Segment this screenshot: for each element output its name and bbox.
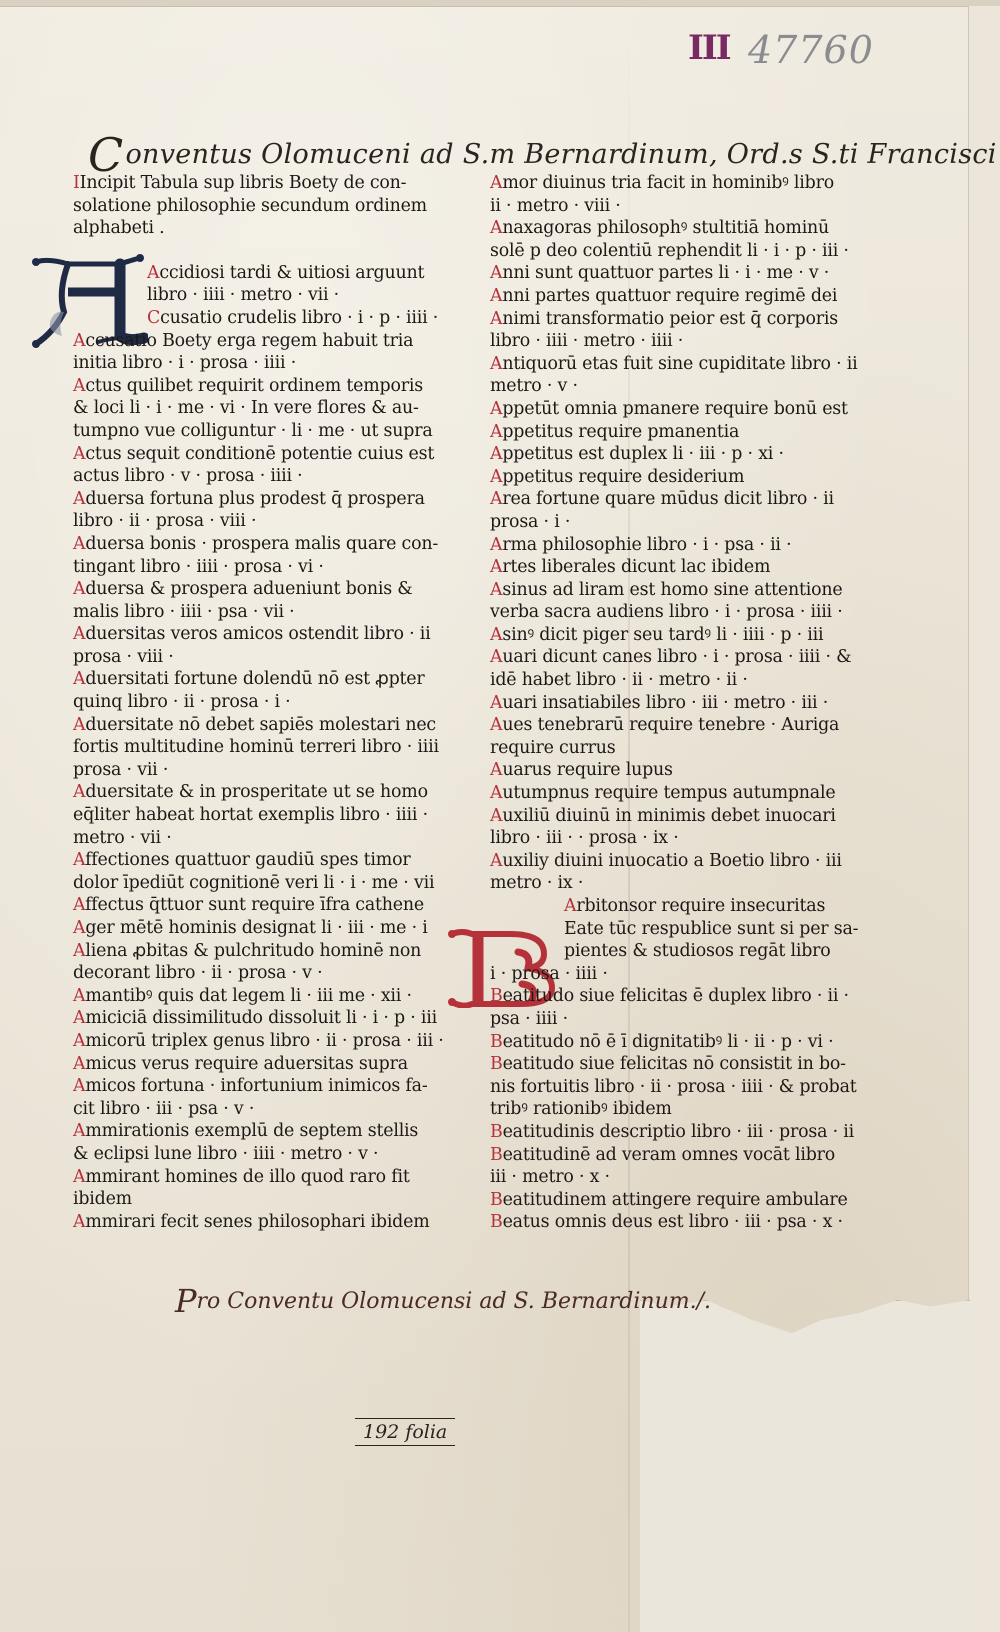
entry-text: eatitudinē ad veram omnes vocāt libro <box>503 1145 835 1165</box>
entry-text: pientes & studiosos regāt libro <box>564 941 831 961</box>
rubricated-letter: A <box>147 263 159 283</box>
index-entry-line: Eate tūc respublice sunt si per sa- <box>490 918 852 941</box>
entry-text: prosa · viii · <box>73 647 174 667</box>
rubricated-letter: B <box>490 986 503 1006</box>
folia-count-note: 192 folia <box>355 1418 455 1446</box>
index-entry-line: Amicorū triplex genus libro · ii · prosa… <box>73 1030 433 1053</box>
entry-text: utumpnus require tempus autumpnale <box>502 783 835 803</box>
index-entry-line: Aduersa bonis · prospera malis quare con… <box>73 533 433 556</box>
rubricated-letter: A <box>490 760 502 780</box>
entry-text: ii · metro · viii · <box>490 196 621 216</box>
rubricated-letter: A <box>490 625 502 645</box>
index-entry-line: Arbitonsor require insecuritas <box>490 895 852 918</box>
index-entry-line: Ager mētē hominis designat li · iii · me… <box>73 917 433 940</box>
index-entry-line: libro · iiii · metro · iiii · <box>490 330 852 353</box>
index-entry-line: prosa · viii · <box>73 646 433 669</box>
entry-text: ppetitus est duplex li · iii · p · xi · <box>502 444 783 464</box>
index-entry-line: Arma philosophie libro · i · psa · ii · <box>490 534 852 557</box>
index-entry-line: prosa · vii · <box>73 759 433 782</box>
index-entry-line: Accidiosi tardi & uitiosi arguunt <box>73 262 433 285</box>
index-entry-line: Aduersa & prospera adueniunt bonis & <box>73 578 433 601</box>
rubricated-letter: A <box>490 715 502 735</box>
entry-text: solē p deo colentiū rephendit li · i · p… <box>490 241 849 261</box>
index-entry-line: Aduersitas veros amicos ostendit libro ·… <box>73 623 433 646</box>
rubricated-letter: A <box>490 309 502 329</box>
index-entry-line: Aduersitati fortune dolendū nō est ꝓpter <box>73 668 433 691</box>
entry-text: initia libro · i · prosa · iiii · <box>73 353 296 373</box>
index-entry-line: prosa · i · <box>490 511 852 534</box>
entry-text: libro · ii · prosa · viii · <box>73 511 256 531</box>
index-entry-line: Beatitudo siue felicitas nō consistit in… <box>490 1053 852 1076</box>
entry-text: liena ꝓbitas & pulchritudo hominē non <box>85 941 421 961</box>
rubricated-letter: A <box>73 579 85 599</box>
entry-text: uari dicunt canes libro · i · prosa · ii… <box>502 647 851 667</box>
index-entry-line: Ammirationis exemplū de septem stellis <box>73 1120 433 1143</box>
entry-text: malis libro · iiii · psa · vii · <box>73 602 295 622</box>
rubricated-letter: A <box>73 1121 85 1141</box>
entry-text: cusatio crudelis libro · i · p · iiii · <box>160 308 438 328</box>
rubricated-letter: A <box>73 895 85 915</box>
entry-text: cit libro · iii · psa · v · <box>73 1099 254 1119</box>
index-entry-line: Beatus omnis deus est libro · iii · psa … <box>490 1211 852 1234</box>
index-entry-line: Actus sequit conditionē potentie cuius e… <box>73 443 433 466</box>
entry-text: duersitas veros amicos ostendit libro · … <box>85 624 430 644</box>
rubricated-letter: A <box>490 444 502 464</box>
entry-text: uxiliy diuini inuocatio a Boetio libro ·… <box>502 851 841 871</box>
index-entry-line: & loci li · i · me · vi · In vere flores… <box>73 397 433 420</box>
index-entry-line: malis libro · iiii · psa · vii · <box>73 601 433 624</box>
index-entry-line: solē p deo colentiū rephendit li · i · p… <box>490 240 852 263</box>
heading-line: solatione philosophie secundum ordinem <box>73 195 433 218</box>
rubricated-letter: A <box>73 444 85 464</box>
rubricated-letter: A <box>73 1167 85 1187</box>
entry-text: duersa bonis · prospera malis quare con- <box>85 534 438 554</box>
index-entry-line: tingant libro · iiii · prosa · vi · <box>73 556 433 579</box>
index-entry-line: ibidem <box>73 1188 433 1211</box>
entry-text: dolor īpediūt cognitionē veri li · i · m… <box>73 873 434 893</box>
entry-text: duersa fortuna plus prodest q̄ prospera <box>85 489 424 509</box>
index-entry-line: Appetitus require pmanentia <box>490 421 852 444</box>
index-entry-line: & eclipsi lune libro · iiii · metro · v … <box>73 1143 433 1166</box>
index-entry-line: libro · iiii · metro · vii · <box>73 284 433 307</box>
entry-text: prosa · vii · <box>73 760 168 780</box>
rubricated-letter: A <box>490 806 502 826</box>
index-entry-line: Beatitudinē ad veram omnes vocāt libro <box>490 1144 852 1167</box>
rubricated-letter: A <box>73 1031 85 1051</box>
rubricated-letter: C <box>147 308 160 328</box>
rubricated-letter: A <box>73 534 85 554</box>
index-entry-line: Animi transformatio peior est q̄ corpori… <box>490 308 852 331</box>
entry-text: & eclipsi lune libro · iiii · metro · v … <box>73 1144 378 1164</box>
rubricated-letter: A <box>73 376 85 396</box>
index-entry-line: fortis multitudine hominū terreri libro … <box>73 736 433 759</box>
index-entry-line: dolor īpediūt cognitionē veri li · i · m… <box>73 872 433 895</box>
heading-line: IIncipit Tabula sup libris Boety de con- <box>73 172 433 195</box>
ownership-inscription-bottom: Pro Conventu Olomucensi ad S. Bernardinu… <box>175 1282 711 1320</box>
shelfmark-roman: III <box>688 28 730 68</box>
index-entry-line: Auari dicunt canes libro · i · prosa · i… <box>490 646 852 669</box>
index-entry-line: Beatitudinis descriptio libro · iii · pr… <box>490 1121 852 1144</box>
index-entry-line: verba sacra audiens libro · i · prosa · … <box>490 601 852 624</box>
index-entry-line: Anni sunt quattuor partes li · i · me · … <box>490 262 852 285</box>
entry-text: nni partes quattuor require regimē dei <box>502 286 837 306</box>
index-entry-line: decorant libro · ii · prosa · v · <box>73 962 433 985</box>
index-entry-line: Ammirant homines de illo quod raro fit <box>73 1166 433 1189</box>
index-entry-line: Auari insatiabiles libro · iii · metro ·… <box>490 692 852 715</box>
index-entry-line: Asinus ad liram est homo sine attentione <box>490 579 852 602</box>
rubricated-letter: A <box>73 1054 85 1074</box>
entry-text: rbitonsor require insecuritas <box>576 896 825 916</box>
index-entry-line: Aues tenebrarū require tenebre · Auriga <box>490 714 852 737</box>
rubricated-letter: A <box>490 263 502 283</box>
rubricated-letter: B <box>490 1032 503 1052</box>
entry-text: miciciā dissimilitudo dissoluit li · i ·… <box>85 1008 437 1028</box>
entry-text: eatitudo nō ē ī dignitatibꝰ li · ii · p … <box>503 1032 834 1052</box>
rubricated-letter: B <box>490 1190 503 1210</box>
page-right-edge <box>968 6 1000 1632</box>
entry-text: eatitudinem attingere require ambulare <box>503 1190 848 1210</box>
entry-text: eatus omnis deus est libro · iii · psa ·… <box>503 1212 843 1232</box>
entry-text: ctus sequit conditionē potentie cuius es… <box>85 444 434 464</box>
entry-text: nis fortuitis libro · ii · prosa · iiii … <box>490 1077 857 1097</box>
entry-text: mantibꝰ quis dat legem li · iii me · xii… <box>85 986 411 1006</box>
index-entry-line: Antiquorū etas fuit sine cupiditate libr… <box>490 353 852 376</box>
entry-text: eatitudo siue felicitas ē duplex libro ·… <box>503 986 849 1006</box>
index-entry-line: require currus <box>490 737 852 760</box>
index-entry-line: tribꝰ rationibꝰ ibidem <box>490 1098 852 1121</box>
entry-text: eq̄liter habeat hortat exemplis libro · … <box>73 805 428 825</box>
entry-text: Eate tūc respublice sunt si per sa- <box>564 919 858 939</box>
rubricated-letter: A <box>73 624 85 644</box>
rubricated-letter: A <box>73 918 85 938</box>
entry-text: iii · metro · x · <box>490 1167 610 1187</box>
index-entry-line: i · prosa · iiii · <box>490 963 852 986</box>
index-entry-line: Affectus q̄ttuor sunt require īfra cathe… <box>73 894 433 917</box>
entry-text: idē habet libro · ii · metro · ii · <box>490 670 748 690</box>
index-entry-line: Amiciciā dissimilitudo dissoluit li · i … <box>73 1007 433 1030</box>
entry-text: tingant libro · iiii · prosa · vi · <box>73 557 324 577</box>
entry-text: duersa & prospera adueniunt bonis & <box>85 579 412 599</box>
entry-text: ues tenebrarū require tenebre · Auriga <box>502 715 839 735</box>
rubricated-letter: A <box>73 331 85 351</box>
entry-text: ffectiones quattuor gaudiū spes timor <box>85 850 410 870</box>
index-entry-line: Accusatio Boety erga regem habuit tria <box>73 330 433 353</box>
index-entry-line: Auxiliū diuinū in minimis debet inuocari <box>490 805 852 828</box>
index-entry-line: actus libro · v · prosa · iiii · <box>73 465 433 488</box>
index-entry-line: ii · metro · viii · <box>490 195 852 218</box>
entry-text: duersitate & in prosperitate ut se homo <box>85 782 427 802</box>
index-entry-line: pientes & studiosos regāt libro <box>490 940 852 963</box>
entry-text: psa · iiii · <box>490 1009 568 1029</box>
rubricated-letter: A <box>73 941 85 961</box>
entry-text: metro · vii · <box>73 828 172 848</box>
entry-text: uarus require lupus <box>502 760 672 780</box>
entry-text: libro · iii · · prosa · ix · <box>490 828 679 848</box>
torn-paper-repair <box>640 1300 970 1632</box>
entry-text: micorū triplex genus libro · ii · prosa … <box>85 1031 443 1051</box>
index-entry-line: tumpno vue colliguntur · li · me · ut su… <box>73 420 433 443</box>
index-entry-line: Appetitus est duplex li · iii · p · xi · <box>490 443 852 466</box>
entry-text: eatitudo siue felicitas nō consistit in … <box>503 1054 846 1074</box>
index-entry-line: libro · iii · · prosa · ix · <box>490 827 852 850</box>
page-top-edge <box>0 0 1000 7</box>
entry-text: uari insatiabiles libro · iii · metro · … <box>502 693 828 713</box>
index-entry-line: psa · iiii · <box>490 1008 852 1031</box>
entry-text: decorant libro · ii · prosa · v · <box>73 963 322 983</box>
index-entry-line: Aliena ꝓbitas & pulchritudo hominē non <box>73 940 433 963</box>
index-entry-line: idē habet libro · ii · metro · ii · <box>490 669 852 692</box>
manuscript-page: III 47760 Conventus Olomuceni ad S.m Ber… <box>0 0 1000 1632</box>
index-entry-line: iii · metro · x · <box>490 1166 852 1189</box>
index-entry-line: Aduersa fortuna plus prodest q̄ prospera <box>73 488 433 511</box>
rubricated-letter: A <box>73 1212 85 1232</box>
index-entry-line: Appetitus require desiderium <box>490 466 852 489</box>
entry-text: ffectus q̄ttuor sunt require īfra cathen… <box>85 895 424 915</box>
rubricated-letter: B <box>490 1122 503 1142</box>
rubricated-letter: A <box>490 467 502 487</box>
entry-text: ppetitus require desiderium <box>502 467 744 487</box>
rubricated-letter: A <box>73 986 85 1006</box>
rubricated-letter: A <box>564 896 576 916</box>
entry-text: require currus <box>490 738 616 758</box>
index-entry-line: quinq libro · ii · prosa · i · <box>73 691 433 714</box>
entry-text: verba sacra audiens libro · i · prosa · … <box>490 602 843 622</box>
index-entry-line: Beatitudo nō ē ī dignitatibꝰ li · ii · p… <box>490 1031 852 1054</box>
rubricated-letter: A <box>490 851 502 871</box>
index-entry-line: Aduersitate nō debet sapiēs molestari ne… <box>73 714 433 737</box>
index-entry-line: eq̄liter habeat hortat exemplis libro · … <box>73 804 433 827</box>
entry-text: nni sunt quattuor partes li · i · me · v… <box>502 263 829 283</box>
entry-text: mmirari fecit senes philosophari ibidem <box>85 1212 429 1232</box>
entry-text: tumpno vue colliguntur · li · me · ut su… <box>73 421 433 441</box>
entry-text: sinus ad liram est homo sine attentione <box>502 580 842 600</box>
index-entry-line: Actus quilibet requirit ordinem temporis <box>73 375 433 398</box>
rubricated-letter: A <box>73 1008 85 1028</box>
index-entry-line: Autumpnus require tempus autumpnale <box>490 782 852 805</box>
entry-text: micos fortuna · infortunium inimicos fa- <box>85 1076 427 1096</box>
index-entry-line: Appetūt omnia pmanere require bonū est <box>490 398 852 421</box>
index-entry-line: nis fortuitis libro · ii · prosa · iiii … <box>490 1076 852 1099</box>
entry-text: mor diuinus tria facit in hominibꝰ libro <box>502 173 834 193</box>
entry-text: rea fortune quare mūdus dicit libro · ii <box>502 489 834 509</box>
index-entry-line: Ammirari fecit senes philosophari ibidem <box>73 1211 433 1234</box>
index-entry-line: Amantibꝰ quis dat legem li · iii me · xi… <box>73 985 433 1008</box>
entry-text: metro · v · <box>490 376 578 396</box>
entry-text: metro · ix · <box>490 873 583 893</box>
rubricated-letter: A <box>490 399 502 419</box>
index-entry-line: libro · ii · prosa · viii · <box>73 510 433 533</box>
rubricated-letter: A <box>490 557 502 577</box>
entry-text: fortis multitudine hominū terreri libro … <box>73 737 439 757</box>
rubricated-letter: A <box>490 354 502 374</box>
rubricated-letter: B <box>490 1054 503 1074</box>
entry-text: tribꝰ rationibꝰ ibidem <box>490 1099 672 1119</box>
rubricated-letter: A <box>73 782 85 802</box>
rubricated-letter: A <box>490 422 502 442</box>
rubricated-letter: A <box>490 489 502 509</box>
index-column-left: IIncipit Tabula sup libris Boety de con-… <box>73 172 433 1233</box>
entry-text: quinq libro · ii · prosa · i · <box>73 692 291 712</box>
entry-text: ntiquorū etas fuit sine cupiditate libro… <box>502 354 857 374</box>
rubricated-letter: A <box>490 286 502 306</box>
entry-text: nimi transformatio peior est q̄ corporis <box>502 309 838 329</box>
index-entry-line: metro · vii · <box>73 827 433 850</box>
rubricated-letter: A <box>490 693 502 713</box>
rubricated-letter: A <box>490 647 502 667</box>
entry-text: mmirationis exemplū de septem stellis <box>85 1121 418 1141</box>
entry-text: duersitate nō debet sapiēs molestari nec <box>85 715 436 735</box>
index-entry-line: Auarus require lupus <box>490 759 852 782</box>
entry-text: uxiliū diuinū in minimis debet inuocari <box>502 806 835 826</box>
index-entry-line: Beatitudinem attingere require ambulare <box>490 1189 852 1212</box>
inscription-text: onventus Olomuceni ad S.m Bernardinum, O… <box>126 139 1000 170</box>
index-entry-line: Artes liberales dicunt lac ibidem <box>490 556 852 579</box>
rubricated-letter: A <box>73 715 85 735</box>
index-entries-left: Accidiosi tardi & uitiosi arguuntlibro ·… <box>73 262 433 1234</box>
rubricated-letter: A <box>490 535 502 555</box>
entry-text: naxagoras philosophꝰ stultitiā hominū <box>502 218 829 238</box>
entry-text: libro · iiii · metro · iiii · <box>490 331 683 351</box>
rubricated-letter: A <box>73 669 85 689</box>
shelfmark-number: 47760 <box>748 28 874 72</box>
index-entry-line: Asinꝰ dicit piger seu tardꝰ li · iiii · … <box>490 624 852 647</box>
inscription-initial: P <box>175 1282 197 1320</box>
entry-text: ger mētē hominis designat li · iii · me … <box>85 918 427 938</box>
entry-text: ppetitus require pmanentia <box>502 422 739 442</box>
entry-text: ppetūt omnia pmanere require bonū est <box>502 399 847 419</box>
entry-text: rtes liberales dicunt lac ibidem <box>502 557 770 577</box>
index-entry-line: Amicus verus require aduersitas supra <box>73 1053 433 1076</box>
index-entry-line: Amor diuinus tria facit in hominibꝰ libr… <box>490 172 852 195</box>
index-entry-line: metro · ix · <box>490 872 852 895</box>
entry-text: i · prosa · iiii · <box>490 964 608 984</box>
rubricated-letter: A <box>490 218 502 238</box>
index-column-right: Amor diuinus tria facit in hominibꝰ libr… <box>490 172 852 1234</box>
index-entries-right: Amor diuinus tria facit in hominibꝰ libr… <box>490 172 852 1234</box>
index-entry-line: Area fortune quare mūdus dicit libro · i… <box>490 488 852 511</box>
index-entry-line: initia libro · i · prosa · iiii · <box>73 352 433 375</box>
index-entry-line: Affectiones quattuor gaudiū spes timor <box>73 849 433 872</box>
rubricated-letter: B <box>490 1212 503 1232</box>
index-entry-line: Auxiliy diuini inuocatio a Boetio libro … <box>490 850 852 873</box>
rubricated-letter: A <box>490 580 502 600</box>
entry-text: ibidem <box>73 1189 132 1209</box>
index-entry-line: Aduersitate & in prosperitate ut se homo <box>73 781 433 804</box>
rubricated-letter: A <box>73 850 85 870</box>
entry-text: prosa · i · <box>490 512 570 532</box>
entry-text: micus verus require aduersitas supra <box>85 1054 408 1074</box>
index-entry-line: Beatitudo siue felicitas ē duplex libro … <box>490 985 852 1008</box>
entry-text: duersitati fortune dolendū nō est ꝓpter <box>85 669 424 689</box>
entry-text: libro · iiii · metro · vii · <box>147 285 339 305</box>
entry-text: sinꝰ dicit piger seu tardꝰ li · iiii · p… <box>502 625 823 645</box>
index-entry-line: Amicos fortuna · infortunium inimicos fa… <box>73 1075 433 1098</box>
index-entry-line: Anaxagoras philosophꝰ stultitiā hominū <box>490 217 852 240</box>
entry-text: mmirant homines de illo quod raro fit <box>85 1167 409 1187</box>
index-entry-line: Anni partes quattuor require regimē dei <box>490 285 852 308</box>
rubricated-letter: A <box>73 1076 85 1096</box>
entry-text: ccidiosi tardi & uitiosi arguunt <box>159 263 424 283</box>
rubricated-letter: A <box>73 489 85 509</box>
index-entry-line: metro · v · <box>490 375 852 398</box>
heading-line: alphabeti . <box>73 217 433 240</box>
rubricated-letter: A <box>490 173 502 193</box>
rubricated-letter: B <box>490 1145 503 1165</box>
entry-text: ccusatio Boety erga regem habuit tria <box>85 331 413 351</box>
index-entry-line: Ccusatio crudelis libro · i · p · iiii · <box>73 307 433 330</box>
entry-text: actus libro · v · prosa · iiii · <box>73 466 302 486</box>
entry-text: & loci li · i · me · vi · In vere flores… <box>73 398 419 418</box>
entry-text: ctus quilibet requirit ordinem temporis <box>85 376 423 396</box>
entry-text: rma philosophie libro · i · psa · ii · <box>502 535 791 555</box>
entry-text: eatitudinis descriptio libro · iii · pro… <box>503 1122 854 1142</box>
rubricated-letter: A <box>490 783 502 803</box>
inscription-text: ro Conventu Olomucensi ad S. Bernardinum… <box>197 1289 712 1314</box>
index-entry-line: cit libro · iii · psa · v · <box>73 1098 433 1121</box>
